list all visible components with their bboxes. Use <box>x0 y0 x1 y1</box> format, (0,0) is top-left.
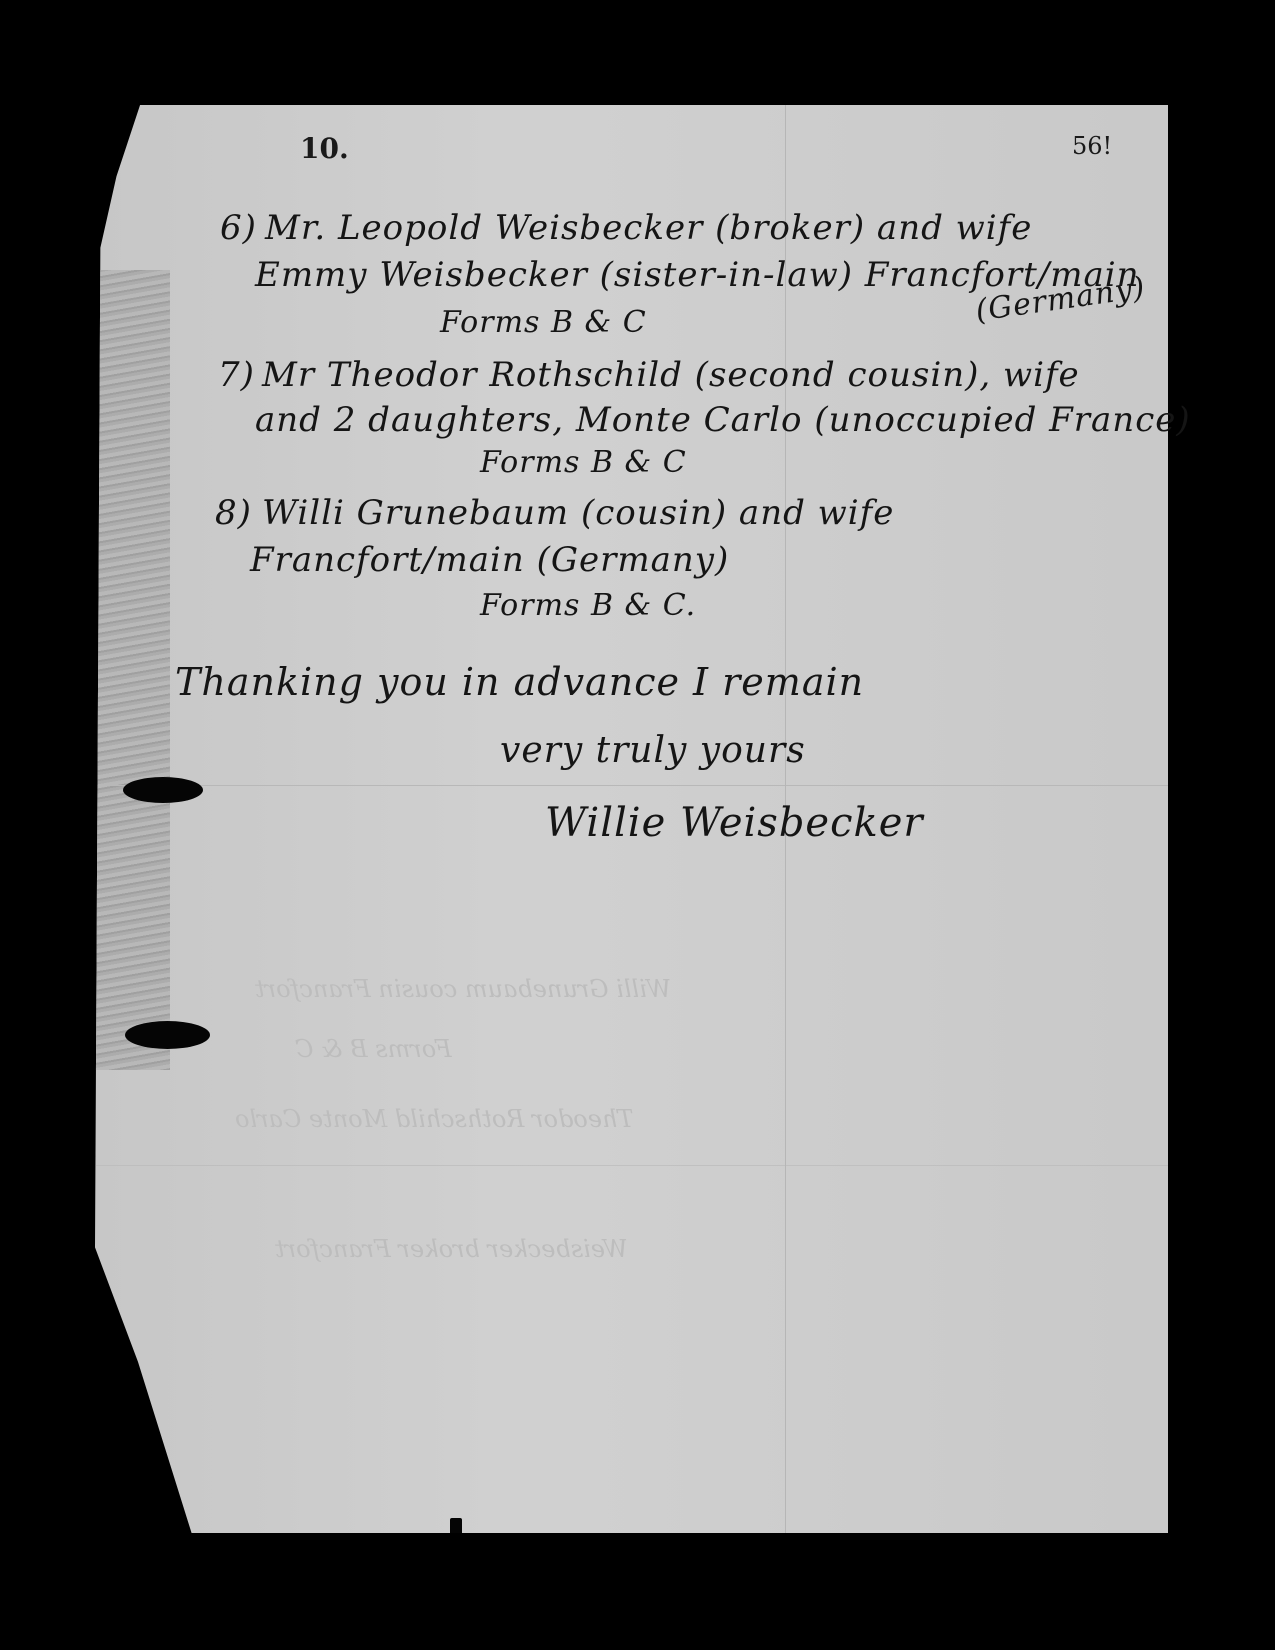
tape-strip <box>95 270 170 1070</box>
entry-8-forms: Forms B & C. <box>480 588 696 623</box>
fold-line-horizontal <box>95 785 1168 786</box>
bleed-through-text: Weisbecker broker Francfort <box>275 1235 628 1263</box>
entry-7-line1: Mr Theodor Rothschild (second cousin), w… <box>262 355 1080 395</box>
closing-valediction: very truly yours <box>500 730 806 771</box>
entry-7-number: 7) <box>218 355 255 395</box>
closing-line: Thanking you in advance I remain <box>175 660 864 704</box>
bleed-through-text: Theodor Rothschild Monte Carlo <box>235 1105 633 1133</box>
entry-7-forms: Forms B & C <box>480 445 687 480</box>
entry-7-line2: and 2 daughters, Monte Carlo (unoccupied… <box>255 400 1191 440</box>
fold-line-horizontal <box>95 1165 1168 1166</box>
entry-6-forms: Forms B & C <box>440 305 647 340</box>
signature: Willie Weisbecker <box>545 800 924 846</box>
page-number-mark: 10. <box>300 132 349 165</box>
ink-blot <box>123 777 203 803</box>
corner-annotation: 56! <box>1072 132 1112 160</box>
bleed-through-text: Willi Grunebaum cousin Francfort <box>255 975 671 1003</box>
entry-8-number: 8) <box>215 493 252 533</box>
bleed-through-text: Forms B & C <box>295 1035 452 1063</box>
entry-8-line1: Willi Grunebaum (cousin) and wife <box>262 493 894 533</box>
entry-6-line1: Mr. Leopold Weisbecker (broker) and wife <box>265 208 1032 248</box>
ink-mark <box>450 1518 462 1536</box>
entry-6-number: 6) <box>220 208 257 248</box>
entry-8-line2: Francfort/main (Germany) <box>250 540 729 580</box>
ink-blot <box>125 1021 210 1049</box>
